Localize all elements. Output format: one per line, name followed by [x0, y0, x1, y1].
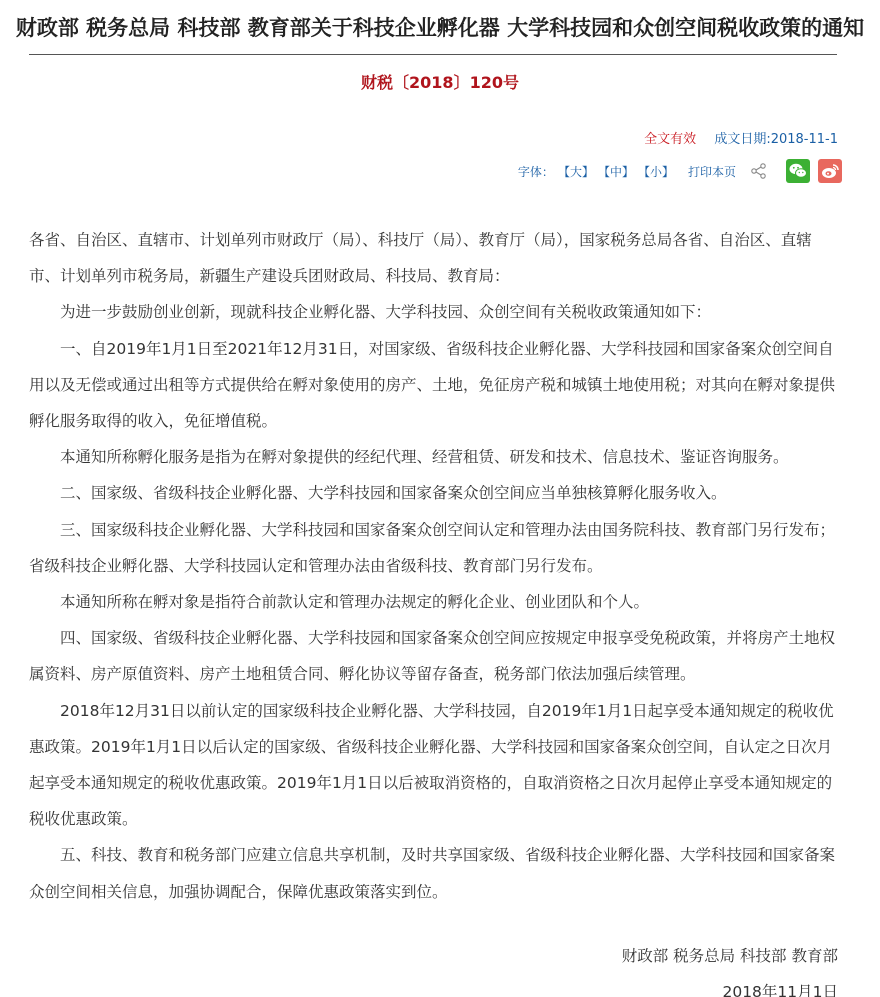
font-large-button[interactable]: 【大】 — [558, 163, 594, 180]
share-icon[interactable] — [750, 162, 768, 180]
body-paragraph: 二、国家级、省级科技企业孵化器、大学科技园和国家备案众创空间应当单独核算孵化服务… — [29, 475, 841, 511]
page-title: 财政部 税务总局 科技部 教育部关于科技企业孵化器 大学科技园和众创空间税收政策… — [0, 12, 880, 42]
validity-status: 全文有效 — [644, 132, 696, 147]
signatories: 财政部 税务总局 科技部 教育部 — [622, 944, 838, 966]
signature-date: 2018年11月1日 — [722, 980, 838, 997]
toolbar: 字体： 【大】 【中】 【小】 打印本页 — [518, 158, 842, 184]
addressee-paragraph: 各省、自治区、直辖市、计划单列市财政厅（局）、科技厅（局）、教育厅（局），国家税… — [29, 222, 841, 294]
weibo-icon — [820, 162, 840, 180]
body-paragraph: 本通知所称孵化服务是指为在孵对象提供的经纪代理、经营租赁、研发和技术、信息技术、… — [29, 439, 841, 475]
body-paragraph: 四、国家级、省级科技企业孵化器、大学科技园和国家备案众创空间应按规定申报享受免税… — [29, 620, 841, 692]
font-size-label: 字体： — [518, 163, 554, 180]
body-paragraph: 为进一步鼓励创业创新，现就科技企业孵化器、大学科技园、众创空间有关税收政策通知如… — [29, 294, 841, 330]
font-small-button[interactable]: 【小】 — [638, 163, 674, 180]
body-paragraph: 2018年12月31日以前认定的国家级科技企业孵化器、大学科技园，自2019年1… — [29, 693, 841, 838]
document-number: 财税〔2018〕120号 — [0, 70, 880, 93]
document-body: 各省、自治区、直辖市、计划单列市财政厅（局）、科技厅（局）、教育厅（局），国家税… — [29, 222, 841, 910]
font-medium-button[interactable]: 【中】 — [598, 163, 634, 180]
weibo-share-button[interactable] — [818, 159, 842, 183]
body-paragraph: 五、科技、教育和税务部门应建立信息共享机制，及时共享国家级、省级科技企业孵化器、… — [29, 837, 841, 909]
document-meta: 全文有效 成文日期:2018-11-1 — [644, 128, 838, 147]
print-button[interactable]: 打印本页 — [688, 163, 736, 180]
body-paragraph: 三、国家级科技企业孵化器、大学科技园和国家备案众创空间认定和管理办法由国务院科技… — [29, 512, 841, 584]
wechat-share-button[interactable] — [786, 159, 810, 183]
body-paragraph: 一、自2019年1月1日至2021年12月31日，对国家级、省级科技企业孵化器、… — [29, 331, 841, 440]
wechat-icon — [788, 162, 808, 180]
body-paragraph: 本通知所称在孵对象是指符合前款认定和管理办法规定的孵化企业、创业团队和个人。 — [29, 584, 841, 620]
title-divider — [29, 54, 837, 55]
issue-date: 成文日期:2018-11-1 — [714, 132, 838, 147]
